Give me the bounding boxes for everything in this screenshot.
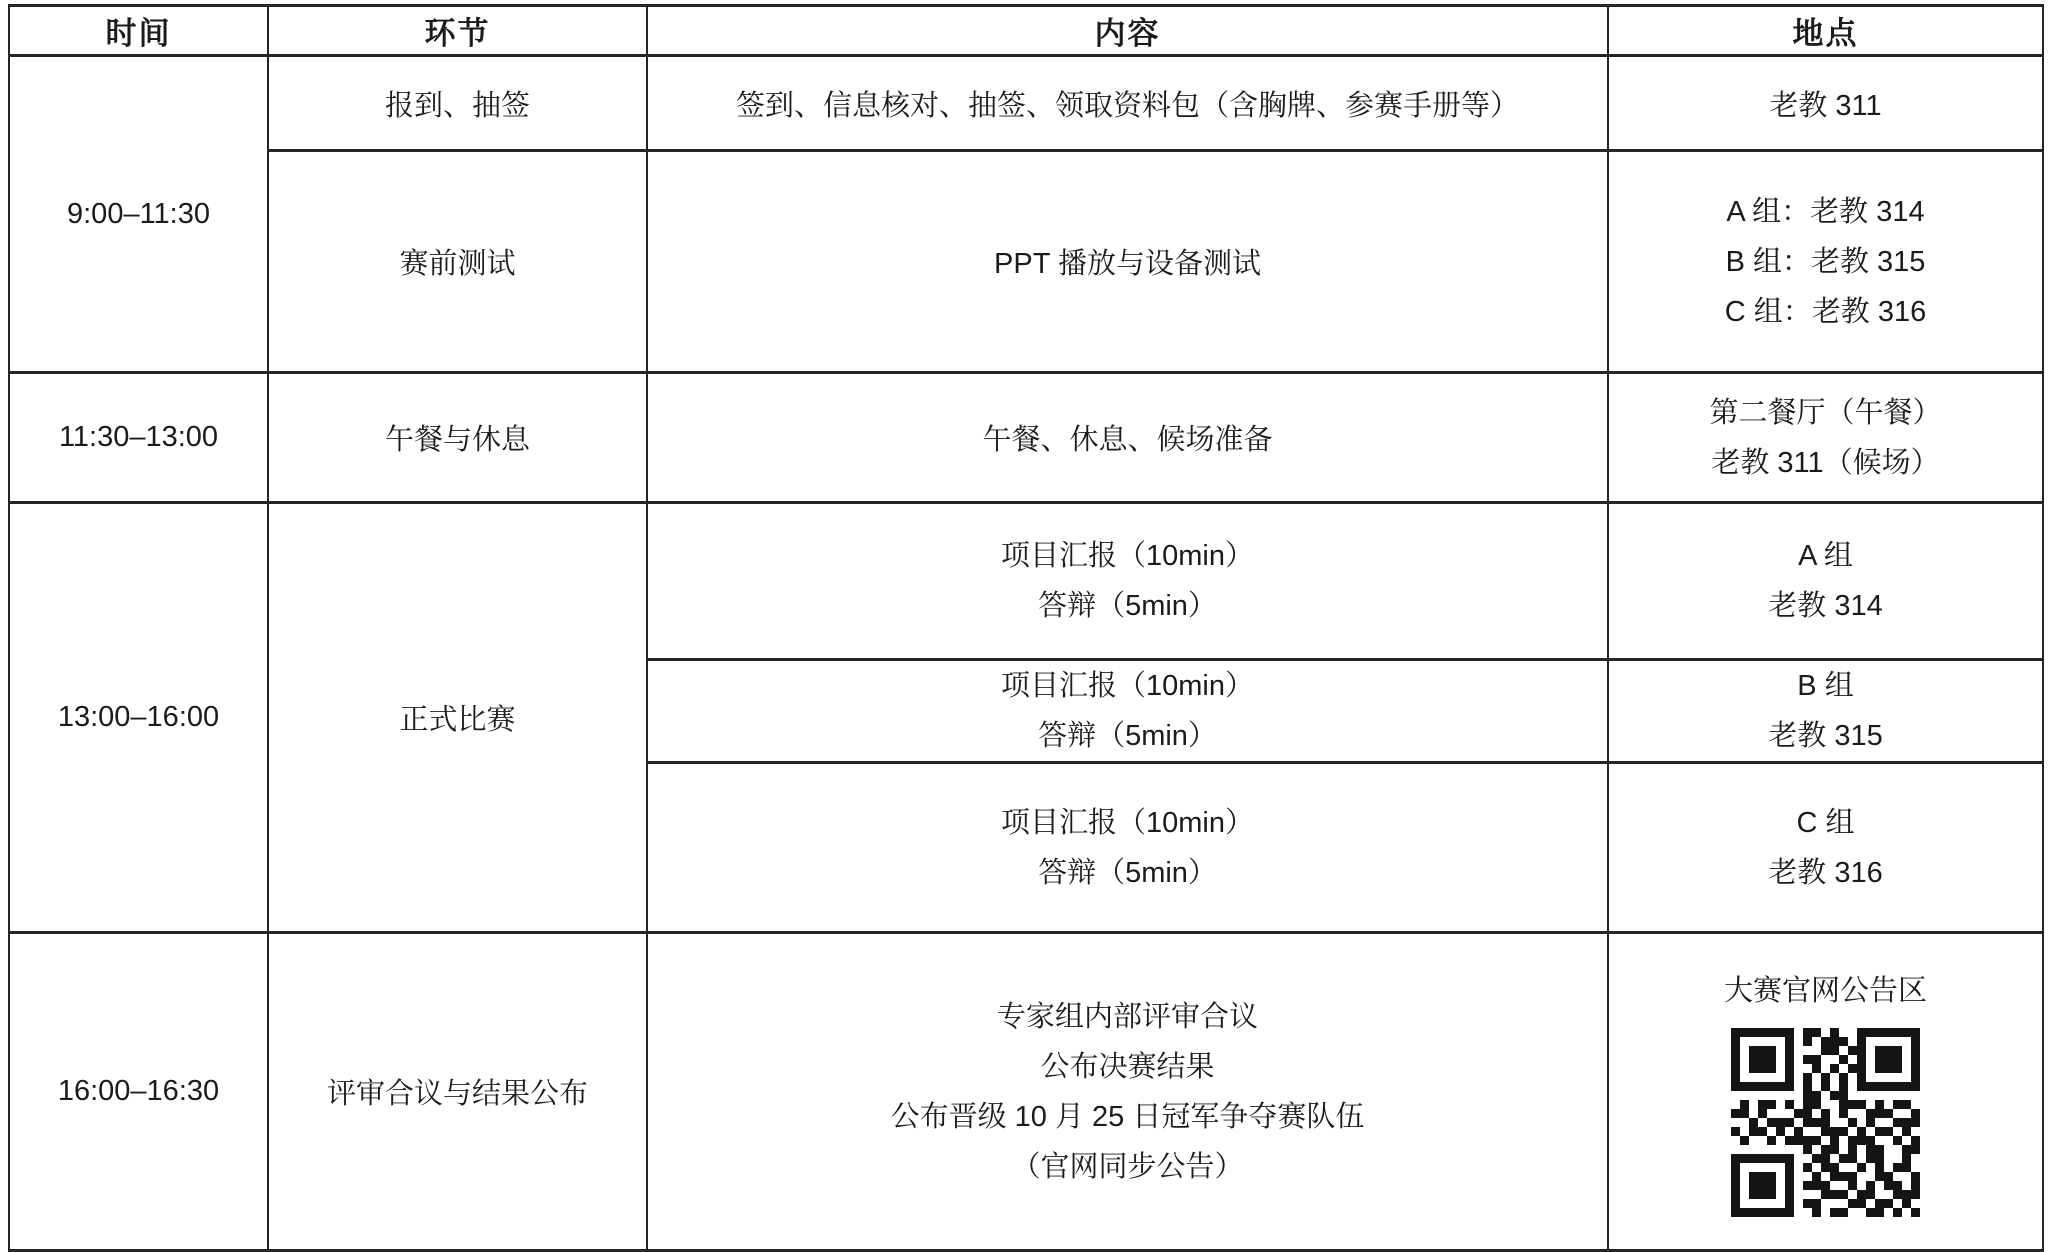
time-cell-morning: 9:00–11:30 <box>9 56 268 373</box>
text-line: A 组：老教 314 <box>1609 187 2042 237</box>
location-cell-pretest: A 组：老教 314 B 组：老教 315 C 组：老教 316 <box>1608 151 2043 373</box>
content-cell-checkin: 签到、信息核对、抽签、领取资料包（含胸牌、参赛手册等） <box>647 56 1608 151</box>
content-cell-group-a: 项目汇报（10min） 答辩（5min） <box>647 503 1608 660</box>
text-line: 专家组内部评审合议 <box>648 992 1607 1042</box>
text-line: 公布晋级 10 月 25 日冠军争夺赛队伍 <box>648 1092 1607 1142</box>
text-line: 项目汇报（10min） <box>648 531 1607 581</box>
location-cell-checkin: 老教 311 <box>1608 56 2043 151</box>
text-line: 项目汇报（10min） <box>648 798 1607 848</box>
text-line: 老教 316 <box>1609 848 2042 898</box>
content-cell-group-b: 项目汇报（10min） 答辩（5min） <box>647 660 1608 763</box>
table-row: 13:00–16:00 正式比赛 项目汇报（10min） 答辩（5min） A … <box>9 503 2043 660</box>
table-row: 9:00–11:30 报到、抽签 签到、信息核对、抽签、领取资料包（含胸牌、参赛… <box>9 56 2043 151</box>
time-cell-lunch: 11:30–13:00 <box>9 373 268 503</box>
column-header-location: 地点 <box>1608 6 2043 56</box>
column-header-time: 时间 <box>9 6 268 56</box>
content-cell-lunch: 午餐、休息、候场准备 <box>647 373 1608 503</box>
stage-cell-checkin: 报到、抽签 <box>268 56 647 151</box>
text-line: 答辩（5min） <box>648 711 1607 761</box>
content-cell-review: 专家组内部评审合议 公布决赛结果 公布晋级 10 月 25 日冠军争夺赛队伍 （… <box>647 933 1608 1251</box>
stage-cell-review: 评审合议与结果公布 <box>268 933 647 1251</box>
header-row: 时间 环节 内容 地点 <box>9 6 2043 56</box>
content-cell-group-c: 项目汇报（10min） 答辩（5min） <box>647 763 1608 933</box>
text-line: 老教 315 <box>1609 711 2042 761</box>
time-cell-competition: 13:00–16:00 <box>9 503 268 933</box>
column-header-content: 内容 <box>647 6 1608 56</box>
time-cell-results: 16:00–16:30 <box>9 933 268 1251</box>
text-line: 第二餐厅（午餐） <box>1609 388 2042 438</box>
location-cell-review: 大赛官网公告区 <box>1608 933 2043 1251</box>
text-line: 老教 314 <box>1609 581 2042 631</box>
table-row: 16:00–16:30 评审合议与结果公布 专家组内部评审合议 公布决赛结果 公… <box>9 933 2043 1251</box>
location-cell-group-b: B 组 老教 315 <box>1608 660 2043 763</box>
stage-cell-competition: 正式比赛 <box>268 503 647 933</box>
table-row: 11:30–13:00 午餐与休息 午餐、休息、候场准备 第二餐厅（午餐） 老教… <box>9 373 2043 503</box>
table-row: 赛前测试 PPT 播放与设备测试 A 组：老教 314 B 组：老教 315 C… <box>9 151 2043 373</box>
text-line: 项目汇报（10min） <box>648 661 1607 711</box>
location-cell-group-a: A 组 老教 314 <box>1608 503 2043 660</box>
qr-code <box>1731 1028 1920 1217</box>
stage-cell-pretest: 赛前测试 <box>268 151 647 373</box>
text-line: 老教 311（候场） <box>1609 438 2042 488</box>
stage-cell-lunch: 午餐与休息 <box>268 373 647 503</box>
content-cell-pretest: PPT 播放与设备测试 <box>647 151 1608 373</box>
column-header-stage: 环节 <box>268 6 647 56</box>
text-line: 公布决赛结果 <box>648 1042 1607 1092</box>
text-line: A 组 <box>1609 531 2042 581</box>
text-line: B 组：老教 315 <box>1609 237 2042 287</box>
text-line: 答辩（5min） <box>648 581 1607 631</box>
text-line: C 组：老教 316 <box>1609 287 2042 337</box>
location-cell-lunch: 第二餐厅（午餐） 老教 311（候场） <box>1608 373 2043 503</box>
location-cell-group-c: C 组 老教 316 <box>1608 763 2043 933</box>
location-caption: 大赛官网公告区 <box>1724 966 1927 1016</box>
text-line: C 组 <box>1609 798 2042 848</box>
text-line: B 组 <box>1609 661 2042 711</box>
document-page: 时间 环节 内容 地点 9:00–11:30 报到、抽签 签到、信息核对、抽签、… <box>0 0 2048 1252</box>
text-line: （官网同步公告） <box>648 1142 1607 1192</box>
schedule-table: 时间 环节 内容 地点 9:00–11:30 报到、抽签 签到、信息核对、抽签、… <box>8 4 2044 1252</box>
text-line: 答辩（5min） <box>648 848 1607 898</box>
